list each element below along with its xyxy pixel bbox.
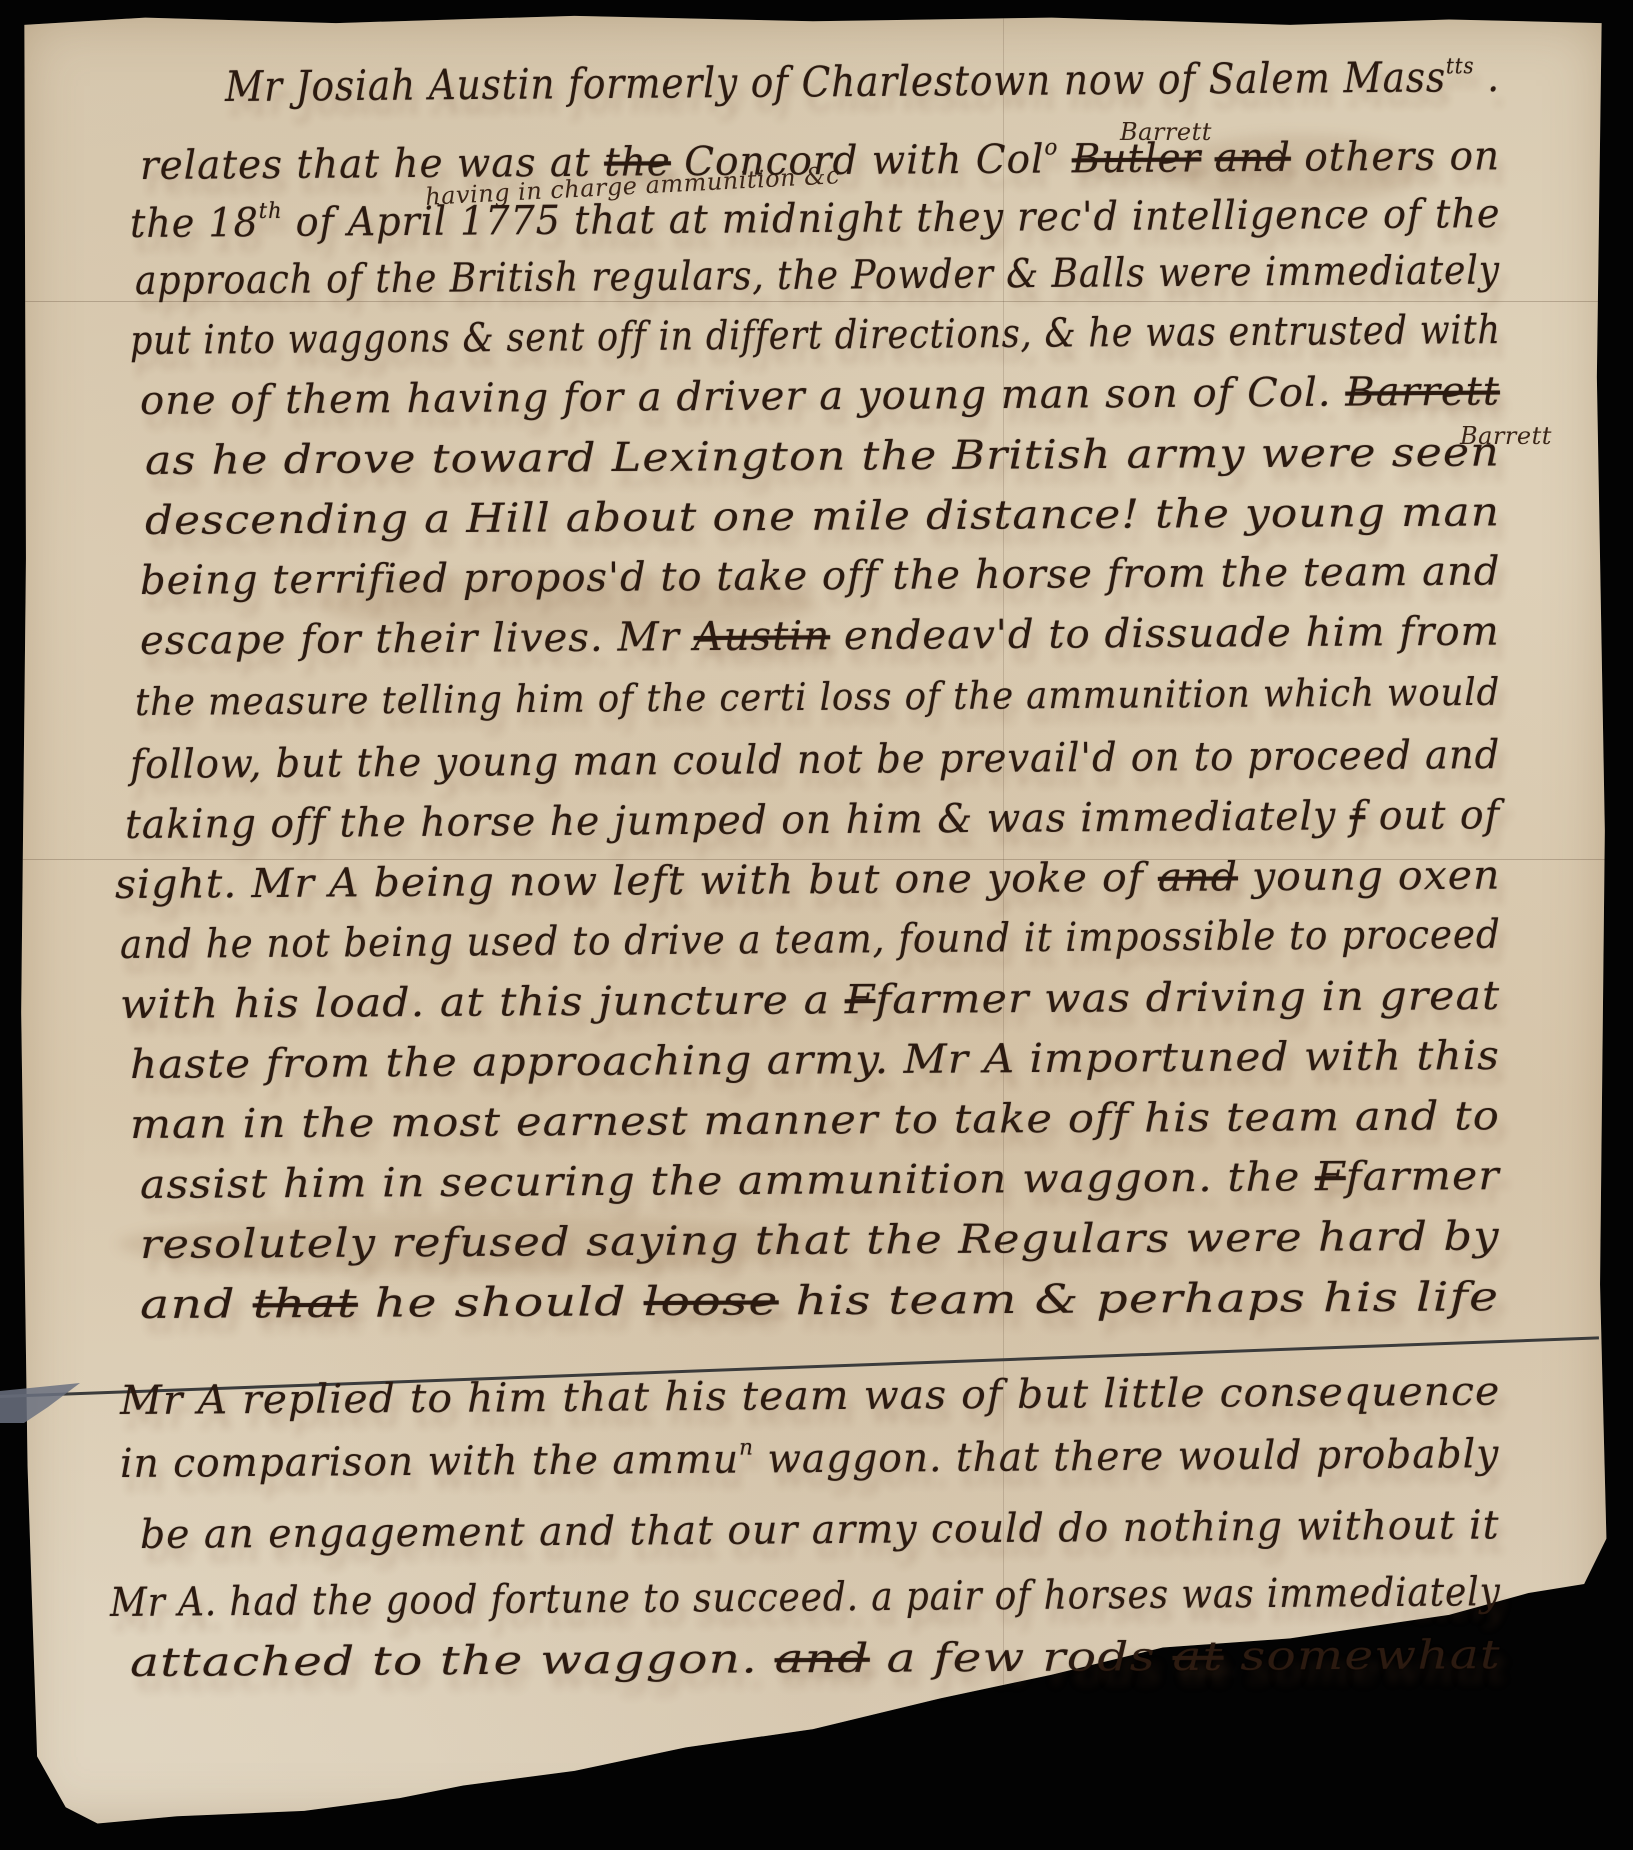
manuscript-line-9: being terrified propos'd to take off the… [140,549,1501,604]
superscript: o [1044,135,1058,160]
manuscript-line-11: the measure telling him of the certi los… [135,670,1500,724]
manuscript-line-7: as he drove toward Lexington the British… [145,429,1500,484]
manuscript-line-21: and that he should loose his team & perh… [140,1274,1500,1328]
line-text: a few rods [870,1634,1173,1682]
manuscript-line-8: descending a Hill about one mile distanc… [145,489,1500,544]
manuscript-line-3: the 18th of April 1775 that at midnight … [130,190,1501,247]
struck-text: loose [643,1278,778,1325]
struck-text: Barrett [1345,369,1500,416]
line-text: waggon. that there would probably [754,1431,1500,1482]
manuscript-line-24: be an engagement and that our army could… [140,1502,1500,1558]
superscript: th [259,199,283,224]
manuscript-line-23: in comparison with the ammun waggon. tha… [120,1430,1500,1487]
line-text: somewhat [1223,1632,1501,1680]
line-text: be an engagement and that our army could… [140,1502,1500,1558]
line-text: directions, & he was entrusted with [823,307,1501,358]
manuscript-line-20: resolutely refused saying that the Regul… [140,1214,1500,1268]
struck-text: F [845,977,876,1023]
line-text: haste from the approaching army. Mr A im… [130,1033,1500,1088]
line-text: farmer [1346,1153,1500,1200]
line-text: young oxen [1238,853,1501,901]
line-text: out of [1365,792,1500,839]
manuscript-line-22: Mr A replied to him that his team was of… [120,1369,1501,1424]
manuscript-text: Barrett having in charge ammunition &c B… [0,0,1633,1850]
manuscript-line-18: man in the most earnest manner to take o… [130,1093,1500,1148]
superscript: n [739,1435,754,1460]
struck-text: f [1350,793,1366,839]
manuscript-line-12: follow, but the young man could not be p… [130,732,1501,788]
line-text [1201,135,1215,181]
line-text: resolutely refused saying that the Regul… [140,1214,1500,1268]
line-text: follow, but the young man could not be p… [130,732,1501,788]
line-text: his team & perhaps his life [778,1274,1499,1324]
struck-text: and [774,1636,870,1683]
line-text: assist him in securing the ammunition wa… [140,1154,1315,1208]
line-text: sight. Mr A being now left with but one … [115,855,1158,908]
line-text: approach of the British regulars, the Po… [135,247,1500,304]
manuscript-line-19: assist him in securing the ammunition wa… [140,1153,1500,1208]
line-text: Mr Josiah Austin formerly of Charlestown… [225,52,1446,111]
line-text: attached to the waggon. [130,1636,775,1686]
struck-text: the [604,139,671,185]
line-text: farmer was driving in great [875,973,1500,1023]
manuscript-line-6: one of them having for a driver a young … [140,369,1500,424]
struck-text: at [1172,1634,1223,1680]
manuscript-line-25: Mr A. had the good fortune to succeed. a… [110,1569,1501,1626]
manuscript-line-2: relates that he was at the Concord with … [140,132,1500,189]
line-text: as he drove toward Lexington the British… [145,429,1500,484]
manuscript-line-4: approach of the British regulars, the Po… [135,247,1500,304]
line-text: Concord with Col [671,137,1045,186]
line-text: and he not being used to drive a team, f… [120,912,1501,968]
manuscript-line-13: taking off the horse he jumped on him & … [125,792,1500,848]
line-text: and [140,1281,253,1328]
manuscript-line-14: sight. Mr A being now left with but one … [115,853,1501,908]
line-text: the 18 [130,200,259,247]
struck-text: and [1214,135,1291,182]
line-text: he should [358,1279,644,1327]
line-text: . [1474,52,1500,101]
struck-text: Butler [1072,135,1202,182]
line-text: in comparison with the ammu [120,1437,739,1487]
manuscript-line-26: attached to the waggon. and a few rods a… [130,1632,1501,1686]
line-text [1058,136,1072,182]
line-text: put into waggons & sent off in differ [130,313,808,364]
line-text: with his load. at this juncture a [120,977,845,1028]
line-text: endeav'd to dissuade him from [830,609,1500,660]
superscript: tts [1446,54,1475,79]
manuscript-line-17: haste from the approaching army. Mr A im… [130,1033,1500,1088]
line-text: t [808,312,823,358]
line-text: descending a Hill about one mile distanc… [145,489,1500,544]
manuscript-line-10: escape for their lives. Mr Austin endeav… [140,609,1500,664]
manuscript-line-16: with his load. at this juncture a Ffarme… [120,973,1501,1028]
struck-text: and [1158,854,1238,901]
line-text: others on [1291,133,1500,180]
line-text: one of them having for a driver a young … [140,370,1346,424]
struck-text: that [253,1281,359,1328]
line-text: man in the most earnest manner to take o… [130,1093,1500,1148]
manuscript-line-1: Mr Josiah Austin formerly of Charlestown… [225,52,1500,111]
line-text: being terrified propos'd to take off the… [140,549,1501,604]
line-text: Mr A replied to him that his team was of… [120,1369,1501,1424]
struck-text: F [1315,1154,1346,1200]
line-text: relates that he was at [140,140,604,189]
line-text: taking off the horse he jumped on him & … [125,793,1350,848]
line-text: of April 1775 that at midnight they rec'… [282,191,1500,246]
manuscript-line-5: put into waggons & sent off in differt d… [130,307,1501,364]
line-text: Mr A. had the good fortune to succeed. a… [110,1569,1501,1626]
line-text: escape for their lives. Mr [140,614,694,664]
struck-text: Austin [693,613,830,660]
manuscript-line-15: and he not being used to drive a team, f… [120,912,1501,968]
line-text: the measure telling him of the certi los… [135,670,1500,724]
